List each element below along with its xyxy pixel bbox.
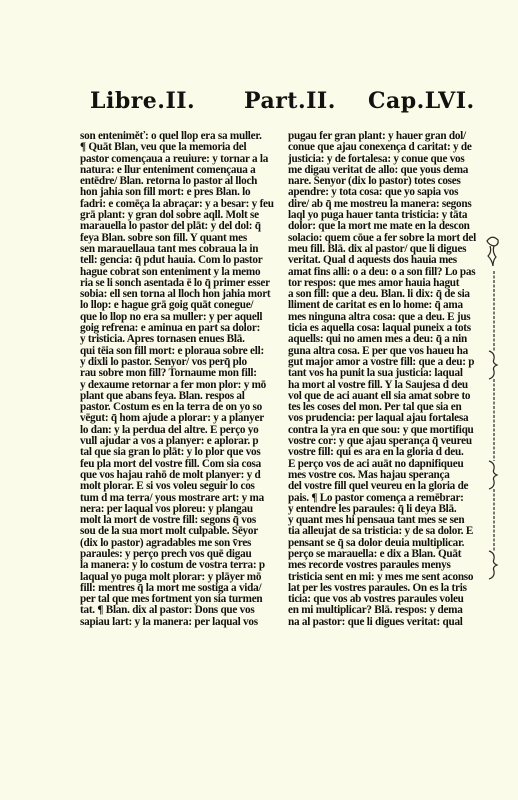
text-line: laql yo puga hauer tanta tristicia: y tā… (288, 210, 493, 221)
text-line: aquells: qui no amen mes a deu: q̄ a nin (288, 334, 493, 345)
text-line: gut major amor a vostre fill: que a deu:… (288, 357, 493, 368)
text-line: tia alleujat de sa tristicia: y de sa do… (288, 526, 493, 537)
text-line: mes ninguna altra cosa: que a deu. E jus (288, 312, 493, 323)
manicule-and-bracket-icon (483, 233, 503, 603)
text-line: que lo llop no era sa muller: y per aque… (80, 312, 285, 323)
text-line: lliment de caritat es en lo home: q̄ ama (288, 300, 493, 311)
text-line: fill: mentres q̄ la mort me sostiga a vi… (80, 583, 285, 594)
text-line: dolor: que la mort me mate en la descon (288, 221, 493, 232)
text-line: goig refrena: e aminua en part sa dolor: (80, 323, 285, 334)
text-line: en mi multiplicar? Blā. respos: y dema (288, 605, 493, 616)
text-line: vostre fill: qui es ara en la gloria d̄ … (288, 447, 493, 458)
text-line: conue que ajau conexença d̄ caritat: y d… (288, 142, 493, 153)
text-line: me digau veritat de allo: que yous dema (288, 165, 493, 176)
text-line: ria se li sonch asentada ē lo q̄ primer … (80, 278, 285, 289)
text-line: grā plant: y gran dol sobre aqll. Molt s… (80, 210, 285, 221)
text-line: pais. ¶ Lo pastor comença a remēbrar: (288, 493, 493, 504)
text-line: sobia: ell sen torna al lloch hon jahia … (80, 289, 285, 300)
text-line: per tal que mes fortment yon sia turmen (80, 594, 285, 605)
text-line: vostre cor: y que ajau sperança q̄ veure… (288, 436, 493, 447)
text-line: solacio: quem cōue a fer sobre la mort d… (288, 233, 493, 244)
text-line: justicia: y de fortalesa: y conue que vo… (288, 154, 493, 165)
book-number: Libre.II. (90, 88, 195, 114)
text-line: qui tēia son fill mort: e ploraua sobre … (80, 346, 285, 357)
text-line: guna altra cosa. E per que vos haueu ha (288, 346, 493, 357)
text-line: na al pastor: que li digues veritat: qua… (288, 617, 493, 628)
text-line: hague cobrat son enteniment y la memo (80, 267, 285, 278)
text-line: E perço vos de aci auāt no dapnifiqueu (288, 459, 493, 470)
text-line: tristicia sent en mi: y mes me sent acon… (288, 572, 493, 583)
text-line: hon jahia son fill mort: e pres Blan. lo (80, 187, 285, 198)
text-line: tal que sia gran lo plāt: y lo plor que … (80, 447, 285, 458)
text-line: apendre: y tota cosa: que yo sapia vos (288, 187, 493, 198)
text-column-right: pugau fer gran plant: y hauer gran dol/c… (288, 131, 493, 628)
text-line: que vos hajau rahō de molt planyer: y d̄ (80, 470, 285, 481)
text-line: tum d̄ ma terra/ yous mostrare art: y ma (80, 493, 285, 504)
text-line: nera: per laqual vos ploreu: y plangau (80, 504, 285, 515)
chapter-number: Cap.LVI. (368, 88, 475, 114)
text-line: lat per les vostres paraules. On es la t… (288, 583, 493, 594)
text-line: y entendre les paraules: q̄ li deya Blā. (288, 504, 493, 515)
text-line: ticia es aquella cosa: laqual puneix a t… (288, 323, 493, 334)
text-line: lo dan: y la perdua del altre. E perço y… (80, 425, 285, 436)
text-line: nare. Senyor (dix lo pastor) totes coses (288, 176, 493, 187)
text-line: vos prudencia: per laqual ajau fortalesa (288, 413, 493, 424)
text-line: del vostre fill quel veureu en la gloria… (288, 481, 493, 492)
text-line: ticia: que vos ab vostres paraules voleu (288, 594, 493, 605)
text-line: natura: e llur enteniment començaua a (80, 165, 285, 176)
text-line: y dexaume retornar a fer mon plor: y mō (80, 380, 285, 391)
text-line: dire/ ab q̄ me mostreu la manera: segons (288, 199, 493, 210)
text-line: ha mort al vostre fill. Y la Saujesa d̄ … (288, 380, 493, 391)
text-line: pastor començaua a reuiure: y tornar a l… (80, 154, 285, 165)
text-line: vēgut: q̄ hom ajude a plorar: y a planye… (80, 413, 285, 424)
text-line: y tristicia. Apres tornasen enues Blā. (80, 334, 285, 345)
text-line: mes vostre cos. Mas hajau sperança (288, 470, 493, 481)
text-line: entēdre/ Blan. retorna lo pastor al lloc… (80, 176, 285, 187)
text-line: plant que abans feya. Blan. respos al (80, 391, 285, 402)
text-line: pensant se q̄ sa dolor deuia multiplicar… (288, 538, 493, 549)
text-line: rau sobre mon fill? Tornaume mon fill: (80, 368, 285, 379)
text-column-left: son enteniměť: o quel llop era sa muller… (80, 131, 285, 628)
text-line: tell: gencia: q̄ pdut hauia. Com lo past… (80, 255, 285, 266)
text-line: vull ajudar a vos a planyer: e aplorar. … (80, 436, 285, 447)
text-line: la manera: y lo costum de vostra terra: … (80, 560, 285, 571)
text-line: sen marauellaua tant mes cobraua la in (80, 244, 285, 255)
text-line: amat fins alli: o a deu: o a son fill? L… (288, 267, 493, 278)
text-line: molt la mort de vostre fill: segons q̄ v… (80, 515, 285, 526)
text-line: tes les coses del mon. Per tal que sia e… (288, 402, 493, 413)
text-line: tat. ¶ Blan. dix al pastor: Dons que vos (80, 605, 285, 616)
text-line: a son fill: que a deu. Blan. li dix: q̄ … (288, 289, 493, 300)
text-line: feu pla mort del vostre fill. Com sia co… (80, 459, 285, 470)
part-number: Part.II. (244, 88, 336, 114)
text-line: marauella lo pastor del plāt: y del dol:… (80, 221, 285, 232)
text-line: feya Blan. sobre son fill. Y quant mes (80, 233, 285, 244)
text-line: contra la yra en que sou: y que mortifiq… (288, 425, 493, 436)
text-line: pastor. Costum es en la terra de on yo s… (80, 402, 285, 413)
text-line: pugau fer gran plant: y hauer gran dol/ (288, 131, 493, 142)
text-line: perço se marauella: e dix a Blan. Quāt (288, 549, 493, 560)
text-line: vol que de aci auant ell sia amat sobre … (288, 391, 493, 402)
text-line: lo llop: e hague grā goig quāt conegue/ (80, 300, 285, 311)
text-line: y quant mes hi pensaua tant mes se sen (288, 515, 493, 526)
running-head: Libre.II. Part.II. Cap.LVI. (90, 88, 490, 122)
text-line: y dixli lo pastor. Senyor/ vos perq̄ plo (80, 357, 285, 368)
text-line: laqual yo puga molt plorar: y plāyer mō (80, 572, 285, 583)
text-line: (dix lo pastor) agradables me son v̄res (80, 538, 285, 549)
text-line: fadri: e comēça la abraçar: y a besar: y… (80, 199, 285, 210)
text-line: tor respos: que mes amor hauia hagut (288, 278, 493, 289)
text-line: molt plorar. E si vos voleu seguir lo co… (80, 481, 285, 492)
text-line: veritat. Qual d̄ aquests dos hauia mes (288, 255, 493, 266)
text-line: son enteniměť: o quel llop era sa muller… (80, 131, 285, 142)
text-line: sou de la sua mort molt culpable. Sēyor (80, 526, 285, 537)
text-line: paraules: y perço prech vos quē digau (80, 549, 285, 560)
text-line: sapiau lart: y la manera: per laqual vos (80, 617, 285, 628)
text-line: tant vos ha punit la sua justicia: laqua… (288, 368, 493, 379)
text-line: ¶ Quāt Blan, veu que la memoria del (80, 142, 285, 153)
text-line: meu fill. Blā. dix al pastor/ que li dig… (288, 244, 493, 255)
text-line: mes recorde vostres paraules menys (288, 560, 493, 571)
book-page: Libre.II. Part.II. Cap.LVI. son entenimě… (0, 0, 518, 800)
